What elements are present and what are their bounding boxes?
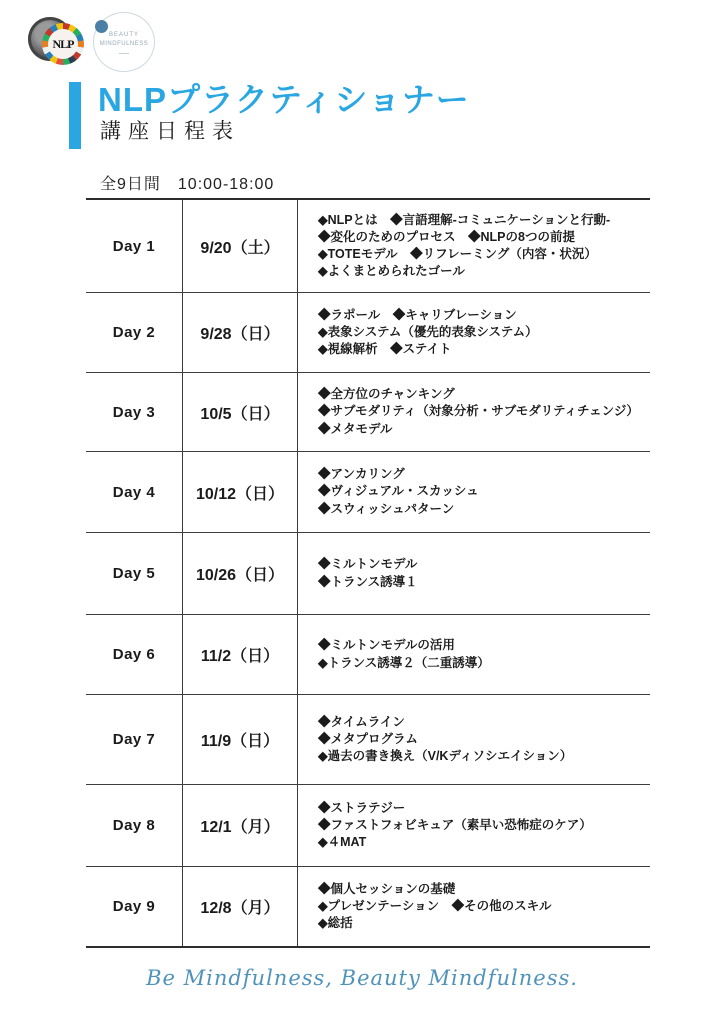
schedule-summary: 全9日間 10:00-18:00 <box>100 171 274 194</box>
topics-text: ◆タイムライン ◆メタプログラム ◆過去の書き換え（V/Kディソシエイション） <box>318 714 572 766</box>
day-label: Day 5 <box>86 533 183 614</box>
page-subtitle: 講座日程表 <box>100 115 240 145</box>
day-label: Day 8 <box>86 785 183 866</box>
table-row-day9: Day 9 12/8（月） ◆個人セッションの基礎 ◆プレゼンテーション ◆その… <box>86 867 650 946</box>
topics-cell: ◆ミルトンモデル ◆トランス誘導１ <box>298 533 650 614</box>
topics-cell: ◆全方位のチャンキング ◆サブモダリティ（対象分析・サブモダリティチェンジ） ◆… <box>298 373 650 451</box>
table-row-day7: Day 7 11/9（日） ◆タイムライン ◆メタプログラム ◆過去の書き換え（… <box>86 695 650 785</box>
nlp-monogram: NLP <box>48 29 78 59</box>
date-value: 10/12（日） <box>183 452 298 532</box>
table-row-day5: Day 5 10/26（日） ◆ミルトンモデル ◆トランス誘導１ <box>86 533 650 615</box>
topics-text: ◆全方位のチャンキング ◆サブモダリティ（対象分析・サブモダリティチェンジ） ◆… <box>318 386 639 438</box>
day-label: Day 4 <box>86 452 183 532</box>
brand-tagline: Be Mindfulness, Beauty Mindfulness. <box>0 966 724 990</box>
topics-text: ◆個人セッションの基礎 ◆プレゼンテーション ◆その他のスキル ◆総括 <box>318 881 552 933</box>
day-label: Day 3 <box>86 373 183 451</box>
topics-cell: ◆タイムライン ◆メタプログラム ◆過去の書き換え（V/Kディソシエイション） <box>298 695 650 784</box>
topics-text: ◆ミルトンモデル ◆トランス誘導１ <box>318 556 418 591</box>
date-value: 10/26（日） <box>183 533 298 614</box>
topics-cell: ◆ストラテジー ◆ファストフォビキュア（素早い恐怖症のケア） ◆４MAT <box>298 785 650 866</box>
date-value: 12/1（月） <box>183 785 298 866</box>
brand-divider <box>119 53 129 54</box>
title-accent-bar <box>69 82 81 149</box>
brand-name-line2: MINDFULNESS <box>100 40 149 49</box>
table-row-day4: Day 4 10/12（日） ◆アンカリング ◆ヴィジュアル・スカッシュ ◆スウ… <box>86 452 650 533</box>
date-value: 11/2（日） <box>183 615 298 694</box>
table-row-day2: Day 2 9/28（日） ◆ラポール ◆キャリブレーション ◆表象システム（優… <box>86 293 650 373</box>
topics-cell: ◆ラポール ◆キャリブレーション ◆表象システム（優先的表象システム） ◆視線解… <box>298 293 650 372</box>
date-value: 10/5（日） <box>183 373 298 451</box>
day-label: Day 6 <box>86 615 183 694</box>
table-row-day6: Day 6 11/2（日） ◆ミルトンモデルの活用 ◆トランス誘導２（二重誘導） <box>86 615 650 695</box>
nlp-association-logo: NLP <box>28 14 86 70</box>
table-row-day1: Day 1 9/20（土） ◆NLPとは ◆言語理解-コミュニケーションと行動-… <box>86 200 650 293</box>
date-value: 9/28（日） <box>183 293 298 372</box>
topics-cell: ◆アンカリング ◆ヴィジュアル・スカッシュ ◆スウィッシュパターン <box>298 452 650 532</box>
page-title: NLPプラクティショナー <box>98 74 470 121</box>
topics-text: ◆ミルトンモデルの活用 ◆トランス誘導２（二重誘導） <box>318 637 490 672</box>
topics-text: ◆ストラテジー ◆ファストフォビキュア（素早い恐怖症のケア） ◆４MAT <box>318 800 592 852</box>
day-label: Day 1 <box>86 200 183 292</box>
nlp-flag-ring-icon: NLP <box>42 23 84 65</box>
topics-cell: ◆個人セッションの基礎 ◆プレゼンテーション ◆その他のスキル ◆総括 <box>298 867 650 946</box>
brand-name-line1: BEAUTY <box>109 31 139 40</box>
day-label: Day 9 <box>86 867 183 946</box>
day-label: Day 7 <box>86 695 183 784</box>
date-value: 12/8（月） <box>183 867 298 946</box>
topics-text: ◆NLPとは ◆言語理解-コミュニケーションと行動- ◆変化のためのプロセス ◆… <box>318 212 610 281</box>
table-row-day8: Day 8 12/1（月） ◆ストラテジー ◆ファストフォビキュア（素早い恐怖症… <box>86 785 650 867</box>
topics-cell: ◆NLPとは ◆言語理解-コミュニケーションと行動- ◆変化のためのプロセス ◆… <box>298 200 650 292</box>
date-value: 9/20（土） <box>183 200 298 292</box>
topics-cell: ◆ミルトンモデルの活用 ◆トランス誘導２（二重誘導） <box>298 615 650 694</box>
beauty-mindfulness-badge-icon <box>95 20 108 33</box>
table-row-day3: Day 3 10/5（日） ◆全方位のチャンキング ◆サブモダリティ（対象分析・… <box>86 373 650 452</box>
date-value: 11/9（日） <box>183 695 298 784</box>
beauty-mindfulness-logo: BEAUTY MINDFULNESS <box>93 12 155 72</box>
topics-text: ◆ラポール ◆キャリブレーション ◆表象システム（優先的表象システム） ◆視線解… <box>318 307 538 359</box>
day-label: Day 2 <box>86 293 183 372</box>
topics-text: ◆アンカリング ◆ヴィジュアル・スカッシュ ◆スウィッシュパターン <box>318 466 479 518</box>
course-schedule-table: Day 1 9/20（土） ◆NLPとは ◆言語理解-コミュニケーションと行動-… <box>86 198 650 948</box>
